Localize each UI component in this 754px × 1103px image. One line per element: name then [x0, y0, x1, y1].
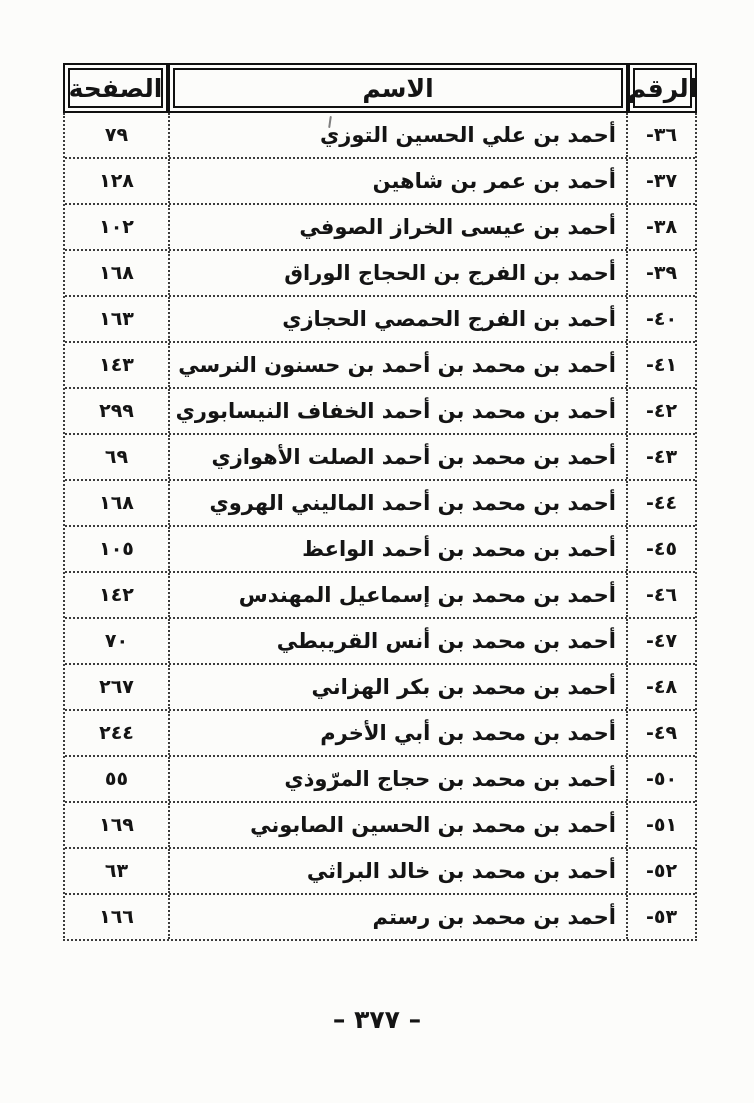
table-row: ٤٥- أحمد بن محمد بن أحمد الواعظ ١٠٥ — [65, 525, 695, 571]
row-name-cell: أحمد بن محمد بن أحمد الخفاف النيسابوري — [168, 389, 628, 433]
row-number-cell: ٣٩- — [628, 251, 695, 295]
row-number-cell: ٤٩- — [628, 711, 695, 755]
row-number-cell: ٣٨- — [628, 205, 695, 249]
row-name-cell: أحمد بن محمد بن بكر الهزاني — [168, 665, 628, 709]
row-number-cell: ٤٣- — [628, 435, 695, 479]
row-page-cell: ٧٠ — [65, 619, 168, 663]
row-page-cell: ١٦٦ — [65, 895, 168, 939]
table-row: ٤٩- أحمد بن محمد بن أبي الأخرم ٢٤٤ — [65, 709, 695, 755]
table-body: ٣٦- أحمد بن علي الحسين التوزي ٧٩ ٣٧- أحم… — [63, 113, 697, 941]
row-name-cell: أحمد بن علي الحسين التوزي — [168, 113, 628, 157]
table-row: ٤٣- أحمد بن محمد بن أحمد الصلت الأهوازي … — [65, 433, 695, 479]
page-footer-number: – ٣٧٧ – — [0, 1005, 754, 1034]
row-number-cell: ٤٠- — [628, 297, 695, 341]
table-row: ٤٢- أحمد بن محمد بن أحمد الخفاف النيسابو… — [65, 387, 695, 433]
table-row: ٤٨- أحمد بن محمد بن بكر الهزاني ٢٦٧ — [65, 663, 695, 709]
table-row: ٣٧- أحمد بن عمر بن شاهين ١٢٨ — [65, 157, 695, 203]
table-row: ٤٧- أحمد بن محمد بن أنس القريبطي ٧٠ — [65, 617, 695, 663]
row-name-cell: أحمد بن محمد بن أنس القريبطي — [168, 619, 628, 663]
row-name-cell: أحمد بن الفرج الحمصي الحجازي — [168, 297, 628, 341]
row-number-cell: ٥١- — [628, 803, 695, 847]
row-page-cell: ١٦٩ — [65, 803, 168, 847]
row-page-cell: ٥٥ — [65, 757, 168, 801]
row-name-cell: أحمد بن عيسى الخراز الصوفي — [168, 205, 628, 249]
header-cell-number: الرقم — [628, 63, 697, 113]
row-number-cell: ٥٣- — [628, 895, 695, 939]
table-row: ٥٠- أحمد بن محمد بن حجاج المرّوذي ٥٥ — [65, 755, 695, 801]
row-name-cell: أحمد بن عمر بن شاهين — [168, 159, 628, 203]
row-number-cell: ٥٠- — [628, 757, 695, 801]
row-name-cell: أحمد بن محمد بن حجاج المرّوذي — [168, 757, 628, 801]
row-page-cell: ٢٤٤ — [65, 711, 168, 755]
row-name-cell: أحمد بن محمد بن إسماعيل المهندس — [168, 573, 628, 617]
row-name-cell: أحمد بن محمد بن خالد البراثي — [168, 849, 628, 893]
row-number-cell: ٤٧- — [628, 619, 695, 663]
row-number-cell: ٤٤- — [628, 481, 695, 525]
row-name-cell: أحمد بن محمد بن أبي الأخرم — [168, 711, 628, 755]
row-name-cell: أحمد بن محمد بن أحمد الماليني الهروي — [168, 481, 628, 525]
row-page-cell: ٦٣ — [65, 849, 168, 893]
table-header-row: الرقم الاسم الصفحة — [63, 63, 697, 113]
table-row: ٤٦- أحمد بن محمد بن إسماعيل المهندس ١٤٢ — [65, 571, 695, 617]
row-page-cell: ١٤٢ — [65, 573, 168, 617]
table-row: ٤٠- أحمد بن الفرج الحمصي الحجازي ١٦٣ — [65, 295, 695, 341]
row-page-cell: ١٦٣ — [65, 297, 168, 341]
header-cell-name: الاسم — [168, 63, 628, 113]
table-row: ٥٢- أحمد بن محمد بن خالد البراثي ٦٣ — [65, 847, 695, 893]
row-page-cell: ١٦٨ — [65, 251, 168, 295]
row-name-cell: أحمد بن محمد بن أحمد الصلت الأهوازي — [168, 435, 628, 479]
table-row: ٣٨- أحمد بن عيسى الخراز الصوفي ١٠٢ — [65, 203, 695, 249]
row-number-cell: ٤٢- — [628, 389, 695, 433]
table-row: ٥١- أحمد بن محمد بن الحسين الصابوني ١٦٩ — [65, 801, 695, 847]
table-row: ٤٤- أحمد بن محمد بن أحمد الماليني الهروي… — [65, 479, 695, 525]
header-cell-page: الصفحة — [63, 63, 168, 113]
scanned-page: الرقم الاسم الصفحة ٣٦- أحمد بن علي الحسي… — [0, 0, 754, 1103]
row-page-cell: ٧٩ — [65, 113, 168, 157]
table-row: ٤١- أحمد بن محمد بن أحمد بن حسنون النرسي… — [65, 341, 695, 387]
row-name-cell: أحمد بن محمد بن رستم — [168, 895, 628, 939]
row-page-cell: ٢٩٩ — [65, 389, 168, 433]
row-name-cell: أحمد بن محمد بن أحمد الواعظ — [168, 527, 628, 571]
row-number-cell: ٣٦- — [628, 113, 695, 157]
row-page-cell: ١٠٥ — [65, 527, 168, 571]
row-page-cell: ٢٦٧ — [65, 665, 168, 709]
index-table: الرقم الاسم الصفحة ٣٦- أحمد بن علي الحسي… — [63, 63, 697, 941]
row-page-cell: ٦٩ — [65, 435, 168, 479]
row-number-cell: ٤٨- — [628, 665, 695, 709]
table-row: ٣٦- أحمد بن علي الحسين التوزي ٧٩ — [65, 113, 695, 157]
row-name-cell: أحمد بن الفرج بن الحجاج الوراق — [168, 251, 628, 295]
row-number-cell: ٣٧- — [628, 159, 695, 203]
row-page-cell: ١٦٨ — [65, 481, 168, 525]
row-name-cell: أحمد بن محمد بن الحسين الصابوني — [168, 803, 628, 847]
row-page-cell: ١٢٨ — [65, 159, 168, 203]
row-number-cell: ٥٢- — [628, 849, 695, 893]
row-page-cell: ١٤٣ — [65, 343, 168, 387]
table-row: ٣٩- أحمد بن الفرج بن الحجاج الوراق ١٦٨ — [65, 249, 695, 295]
row-number-cell: ٤٦- — [628, 573, 695, 617]
table-row: ٥٣- أحمد بن محمد بن رستم ١٦٦ — [65, 893, 695, 939]
row-name-cell: أحمد بن محمد بن أحمد بن حسنون النرسي — [168, 343, 628, 387]
row-number-cell: ٤١- — [628, 343, 695, 387]
row-page-cell: ١٠٢ — [65, 205, 168, 249]
row-number-cell: ٤٥- — [628, 527, 695, 571]
